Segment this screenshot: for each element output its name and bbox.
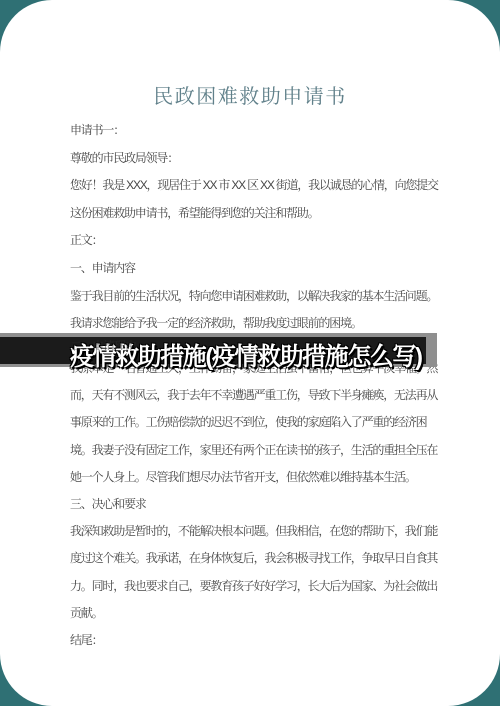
text-line: 三、决心和要求 [70, 491, 442, 518]
document-title: 民政困难救助申请书 [0, 80, 500, 109]
text-line: 我深知救助是暂时的，不能解决根本问题。但我相信，在您的帮助下，我们能 [70, 518, 442, 545]
text-line: 正文： [70, 227, 442, 255]
text-line: 您好！我是 XXX，现居住于 XX 市 XX 区 XX 街道，我以诚恳的心情，向… [70, 172, 442, 200]
text-line: 结尾： [70, 627, 442, 654]
text-line: 这份困难救助申请书，希望能得到您的关注和帮助。 [70, 200, 442, 228]
text-line: 申请书一： [70, 117, 442, 145]
text-line: 一、申请内容 [70, 255, 442, 283]
text-line: 度过这个难关。我承诺，在身体恢复后，我会积极寻找工作，争取早日自食其 [70, 545, 442, 572]
body-text-block-lower: 我原本是一名普通工人，工作勤奋，家庭生活虽不富裕，但也算平淡幸福。然而，天有不测… [70, 355, 442, 654]
overlay-banner: 二、申请理由 疫情救助措施(疫情救助措施怎么写) [0, 333, 437, 367]
hidden-heading-ghost-text: 二、申请理由 [70, 337, 190, 350]
page-background: 民政困难救助申请书 申请书一：尊敬的市民政局领导：您好！我是 XXX，现居住于 … [0, 0, 500, 706]
text-line: 境。我妻子没有固定工作，家里还有两个正在读书的孩子，生活的重担全压在 [70, 437, 442, 464]
text-line: 贡献。 [70, 600, 442, 627]
text-line: 鉴于我目前的生活状况，特向您申请困难救助，以解决我家的基本生活问题。 [70, 283, 442, 311]
text-line: 力。同时，我也要求自己，要教育孩子好好学习，长大后为国家、为社会做出 [70, 573, 442, 600]
text-line: 她一个人身上。尽管我们想尽办法节省开支，但依然难以维持基本生活。 [70, 464, 442, 491]
body-text-block-upper: 申请书一：尊敬的市民政局领导：您好！我是 XXX，现居住于 XX 市 XX 区 … [70, 117, 442, 338]
text-line: 事原来的工作。工伤赔偿款的迟迟不到位，使我的家庭陷入了严重的经济困 [70, 409, 442, 436]
text-line: 而，天有不测风云，我于去年不幸遭遇严重工伤，导致下半身瘫痪，无法再从 [70, 382, 442, 409]
text-line: 尊敬的市民政局领导： [70, 145, 442, 173]
